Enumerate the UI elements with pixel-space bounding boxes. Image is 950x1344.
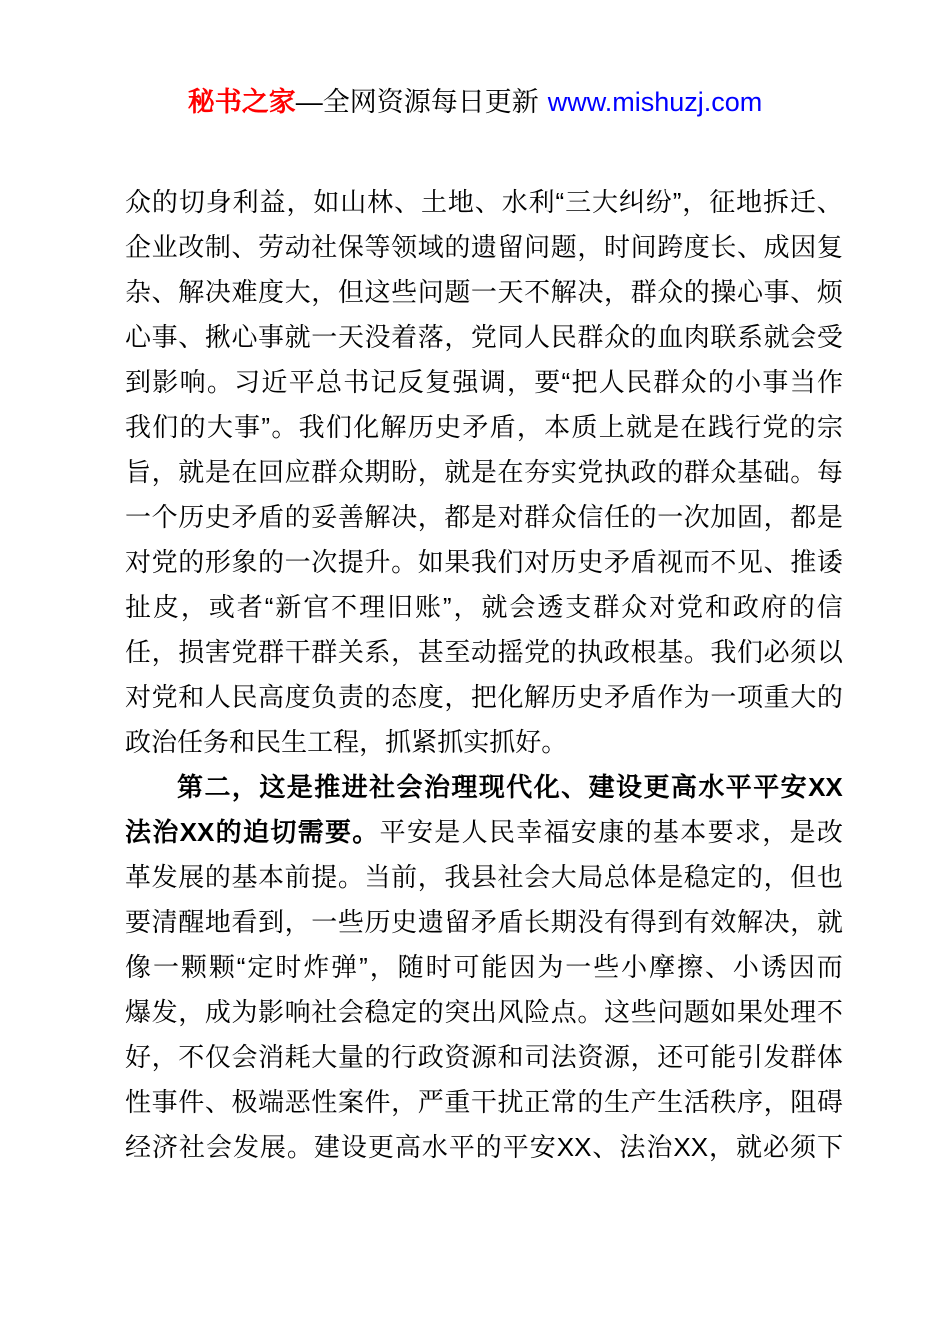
document-page: 秘书之家—全网资源每日更新www.mishuzj.com 众的切身利益，如山林、… xyxy=(0,0,950,1344)
text-line: 法治XX的迫切需要。平安是人民幸福安康的基本要求，是改 xyxy=(125,810,843,855)
site-url-link[interactable]: www.mishuzj.com xyxy=(548,87,763,117)
text-line: 到影响。习近平总书记反复强调，要“把人民群众的小事当作 xyxy=(125,360,843,405)
text-line: 政治任务和民生工程，抓紧抓实抓好。 xyxy=(125,720,843,765)
text-line: 旨，就是在回应群众期盼，就是在夯实党执政的群众基础。每 xyxy=(125,450,843,495)
text-line: 众的切身利益，如山林、土地、水利“三大纠纷”，征地拆迁、 xyxy=(125,180,843,225)
text-line: 杂、解决难度大，但这些问题一天不解决，群众的操心事、烦 xyxy=(125,270,843,315)
text-line: 扯皮，或者“新官不理旧账”，就会透支群众对党和政府的信 xyxy=(125,585,843,630)
text-line: 好，不仅会消耗大量的行政资源和司法资源，还可能引发群体 xyxy=(125,1035,843,1080)
text-line: 一个历史矛盾的妥善解决，都是对群众信任的一次加固，都是 xyxy=(125,495,843,540)
text-line: 心事、揪心事就一天没着落，党同人民群众的血肉联系就会受 xyxy=(125,315,843,360)
text-line: 爆发，成为影响社会稳定的突出风险点。这些问题如果处理不 xyxy=(125,990,843,1035)
text-line: 企业改制、劳动社保等领域的遗留问题，时间跨度长、成因复 xyxy=(125,225,843,270)
site-tagline: —全网资源每日更新 xyxy=(296,87,539,117)
text-line: 革发展的基本前提。当前，我县社会大局总体是稳定的，但也 xyxy=(125,855,843,900)
page-header: 秘书之家—全网资源每日更新www.mishuzj.com xyxy=(0,82,950,122)
text-line: 第二，这是推进社会治理现代化、建设更高水平平安XX xyxy=(125,765,843,810)
text-line: 任，损害党群干群关系，甚至动摇党的执政根基。我们必须以 xyxy=(125,630,843,675)
text-line: 我们的大事”。我们化解历史矛盾，本质上就是在践行党的宗 xyxy=(125,405,843,450)
text-line: 对党的形象的一次提升。如果我们对历史矛盾视而不见、推诿 xyxy=(125,540,843,585)
paragraph: 第二，这是推进社会治理现代化、建设更高水平平安XX法治XX的迫切需要。平安是人民… xyxy=(125,765,843,1170)
text-line: 像一颗颗“定时炸弹”，随时可能因为一些小摩擦、小诱因而 xyxy=(125,945,843,990)
text-line: 经济社会发展。建设更高水平的平安XX、法治XX，就必须下 xyxy=(125,1125,843,1170)
paragraph: 众的切身利益，如山林、土地、水利“三大纠纷”，征地拆迁、企业改制、劳动社保等领域… xyxy=(125,180,843,765)
site-brand: 秘书之家 xyxy=(188,87,296,117)
text-line: 性事件、极端恶性案件，严重干扰正常的生产生活秩序，阻碍 xyxy=(125,1080,843,1125)
text-line: 对党和人民高度负责的态度，把化解历史矛盾作为一项重大的 xyxy=(125,675,843,720)
text-line: 要清醒地看到，一些历史遗留矛盾长期没有得到有效解决，就 xyxy=(125,900,843,945)
document-body: 众的切身利益，如山林、土地、水利“三大纠纷”，征地拆迁、企业改制、劳动社保等领域… xyxy=(125,180,843,1170)
